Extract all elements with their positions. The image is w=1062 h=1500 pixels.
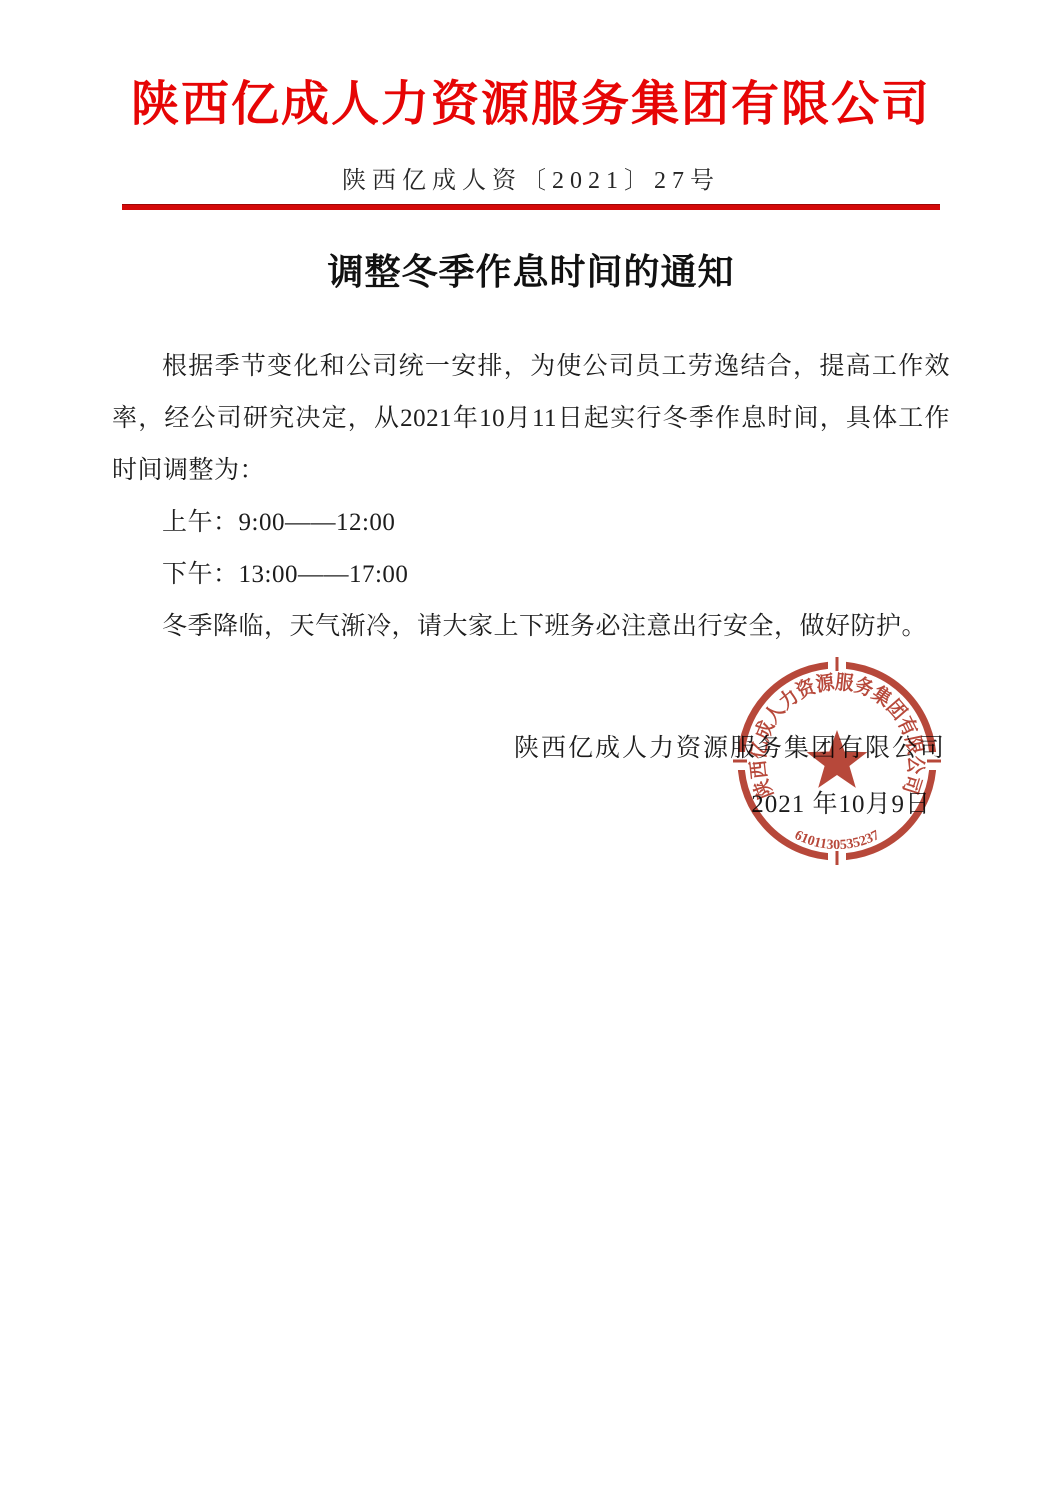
seal-number: 6101130535237 (792, 828, 882, 853)
letterhead-divider-line (122, 204, 940, 210)
notice-title: 调整冬季作息时间的通知 (0, 244, 1062, 295)
signature-date: 2021 年10月9日 (751, 784, 931, 820)
paragraph-intro: 根据季节变化和公司统一安排，为使公司员工劳逸结合，提高工作效率，经公司研究决定，… (112, 341, 950, 497)
letterhead-company-name: 陕西亿成人力资源服务集团有限公司 (0, 0, 1062, 134)
paragraph-closing: 冬季降临，天气渐冷，请大家上下班务必注意出行安全，做好防护。 (112, 601, 950, 653)
schedule-morning: 上午：9:00——12:00 (112, 497, 950, 549)
document-number: 陕西亿成人资〔2021〕27号 (0, 160, 1062, 195)
schedule-afternoon: 下午：13:00——17:00 (112, 549, 950, 601)
notice-body: 根据季节变化和公司统一安排，为使公司员工劳逸结合，提高工作效率，经公司研究决定，… (112, 341, 950, 653)
signature-company-name: 陕西亿成人力资源服务集团有限公司 (514, 728, 946, 764)
document-page: 陕西亿成人力资源服务集团有限公司 陕西亿成人资〔2021〕27号 调整冬季作息时… (0, 0, 1062, 1500)
